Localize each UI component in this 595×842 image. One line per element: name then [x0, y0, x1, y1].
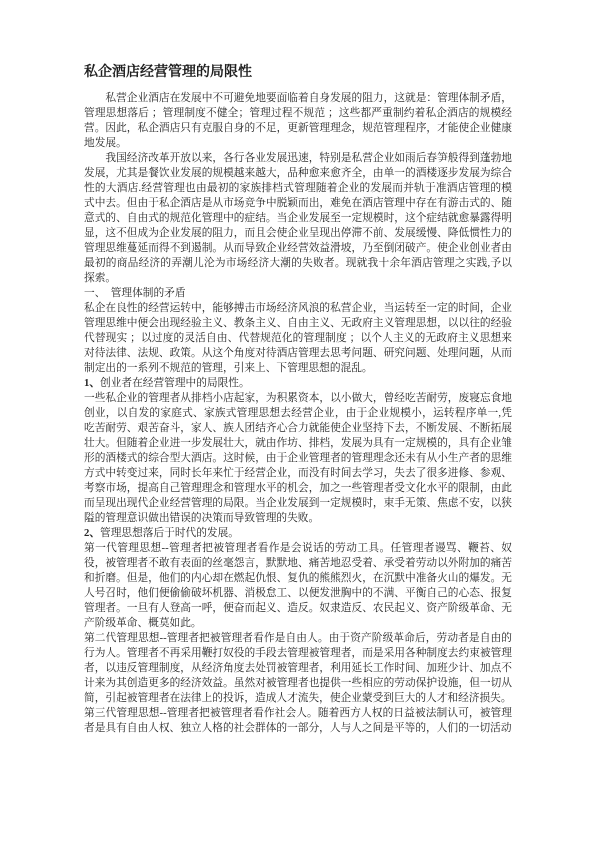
subsection-1-heading: 1、创业者在经营管理中的局限性。 [84, 376, 512, 391]
intro-paragraph-2: 我国经济改革开放以来，各行各业发展迅速，特别是私营企业如雨后春笋般得到蓬勃地发展… [84, 151, 512, 286]
subsection-1-title: 创业者在经营管理中的局限性。 [100, 377, 250, 389]
intro-paragraph-1: 私营企业酒店在发展中不可避免地要面临着自身发展的阻力，这就是：管理体制矛盾，管理… [84, 91, 512, 151]
subsection-2-heading: 2、管理思想落后于时代的发展。 [84, 526, 512, 541]
first-generation-paragraph: 第一代管理思想--管理者把被管理者看作是会说话的劳动工具。任管理者谩骂、鞭苔、奴… [84, 541, 512, 631]
subsection-2-number: 2、 [84, 527, 100, 539]
section-1-heading: 一、 管理体制的矛盾 [84, 286, 512, 301]
third-generation-paragraph: 第三代管理思想--管理者把被管理者看作社会人。随着西方人权的日益被法制认可，被管… [84, 706, 512, 736]
document-page: 私企酒店经营管理的局限性 私营企业酒店在发展中不可避免地要面临着自身发展的阻力，… [0, 0, 595, 842]
document-title: 私企酒店经营管理的局限性 [84, 63, 512, 83]
subsection-1-number: 1、 [84, 377, 100, 389]
subsection-1-body-paragraph: 一些私企业的管理者从排档小店起家，为积累资本，以小做大，曾经吃苦耐劳，废寝忘食地… [84, 391, 512, 526]
second-generation-paragraph: 第二代管理思想--管理者把被管理者看作是自由人。由于资产阶级革命后，劳动者是自由… [84, 631, 512, 706]
subsection-2-title: 管理思想落后于时代的发展。 [100, 527, 239, 539]
section-1-lead-paragraph: 私企在良性的经营运转中，能够搏击市场经济风浪的私营企业，当运转至一定的时间，企业… [84, 301, 512, 376]
